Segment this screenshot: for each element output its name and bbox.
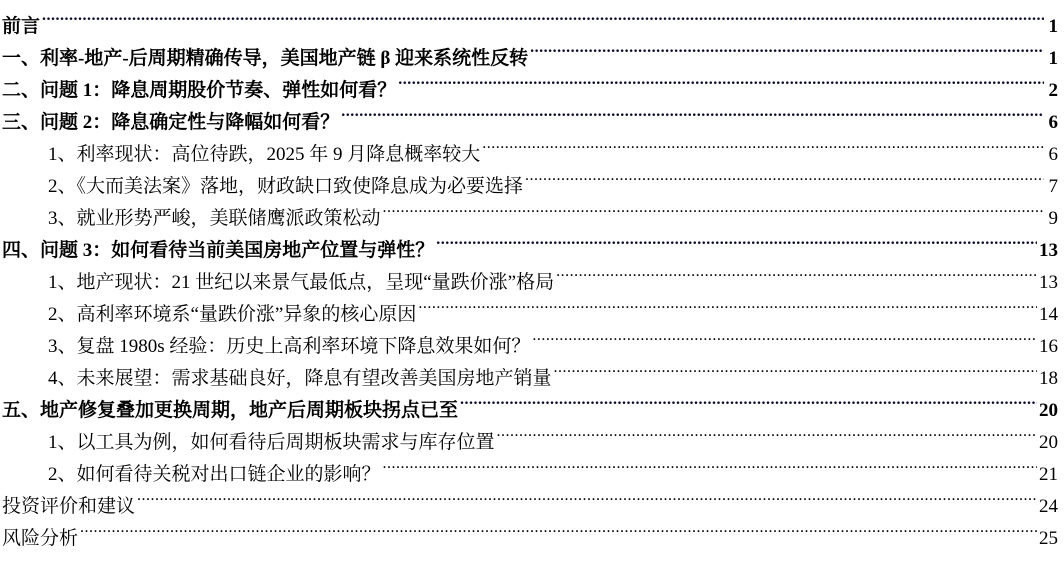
toc-entry-page: 14	[1039, 299, 1058, 331]
toc-entry-title: 3、就业形势严峻，美联储鹰派政策松动	[48, 203, 381, 235]
toc-entry-page: 18	[1039, 363, 1058, 395]
toc-dot-leader	[482, 128, 1044, 160]
toc-entry-page: 20	[1039, 395, 1058, 427]
toc-entry-preface[interactable]: 前言 1	[0, 0, 1064, 32]
toc-entry-page: 20	[1039, 427, 1058, 459]
toc-dot-leader	[341, 96, 1044, 128]
toc-entry-page: 9	[1046, 203, 1058, 235]
toc-entry-page: 13	[1039, 267, 1058, 299]
toc-dot-leader	[532, 320, 1037, 352]
toc-entry-title: 四、问题 3：如何看待当前美国房地产位置与弹性？	[2, 235, 434, 267]
toc-entry-title: 1、利率现状：高位待跌，2025 年 9 月降息概率较大	[48, 139, 480, 171]
toc-dot-leader	[554, 352, 1037, 384]
toc-dot-leader	[460, 384, 1037, 416]
toc-entry-title: 风险分析	[2, 523, 78, 555]
toc-entry-title: 2、高利率环境系“量跌价涨”异象的核心原因	[48, 299, 416, 331]
toc-entry-page: 6	[1046, 107, 1058, 139]
toc-dot-leader	[398, 64, 1044, 96]
toc-entry-page: 1	[1046, 43, 1058, 75]
toc-dot-leader	[436, 224, 1037, 256]
toc-entry-page: 6	[1046, 139, 1058, 171]
toc-entry-page: 16	[1039, 331, 1058, 363]
toc-entry-title: 前言	[2, 11, 40, 43]
toc-dot-leader	[530, 32, 1044, 64]
toc-entry-page: 7	[1046, 171, 1058, 203]
toc-dot-leader	[525, 160, 1044, 192]
toc-entry-title: 三、问题 2：降息确定性与降幅如何看？	[2, 107, 339, 139]
toc-entry-page: 25	[1039, 523, 1058, 555]
toc-entry-title: 二、问题 1：降息周期股价节奏、弹性如何看？	[2, 75, 396, 107]
toc-entry-page: 21	[1039, 459, 1058, 491]
toc-entry-page: 2	[1046, 75, 1058, 107]
toc-entry-title: 3、复盘 1980s 经验：历史上高利率环境下降息效果如何？	[48, 331, 530, 363]
toc-dot-leader	[556, 256, 1037, 288]
table-of-contents: 前言 1 一、利率-地产-后周期精确传导，美国地产链 β 迎来系统性反转 1 二…	[0, 0, 1064, 576]
toc-dot-leader	[383, 192, 1044, 224]
toc-entry-title: 五、地产修复叠加更换周期，地产后周期板块拐点已至	[2, 395, 458, 427]
toc-dot-leader	[418, 288, 1037, 320]
toc-entry-page: 1	[1046, 11, 1058, 43]
toc-entry-risk-analysis[interactable]: 风险分析 25	[0, 512, 1064, 544]
toc-entry-section-1[interactable]: 一、利率-地产-后周期精确传导，美国地产链 β 迎来系统性反转 1	[0, 32, 1064, 64]
toc-dot-leader	[80, 512, 1037, 544]
toc-entry-investment-advice[interactable]: 投资评价和建议 24	[0, 480, 1064, 512]
toc-entry-page: 13	[1039, 235, 1058, 267]
toc-dot-leader	[497, 416, 1037, 448]
toc-entry-page: 24	[1039, 491, 1058, 523]
toc-dot-leader	[42, 0, 1044, 32]
toc-dot-leader	[383, 448, 1037, 480]
toc-dot-leader	[137, 480, 1037, 512]
